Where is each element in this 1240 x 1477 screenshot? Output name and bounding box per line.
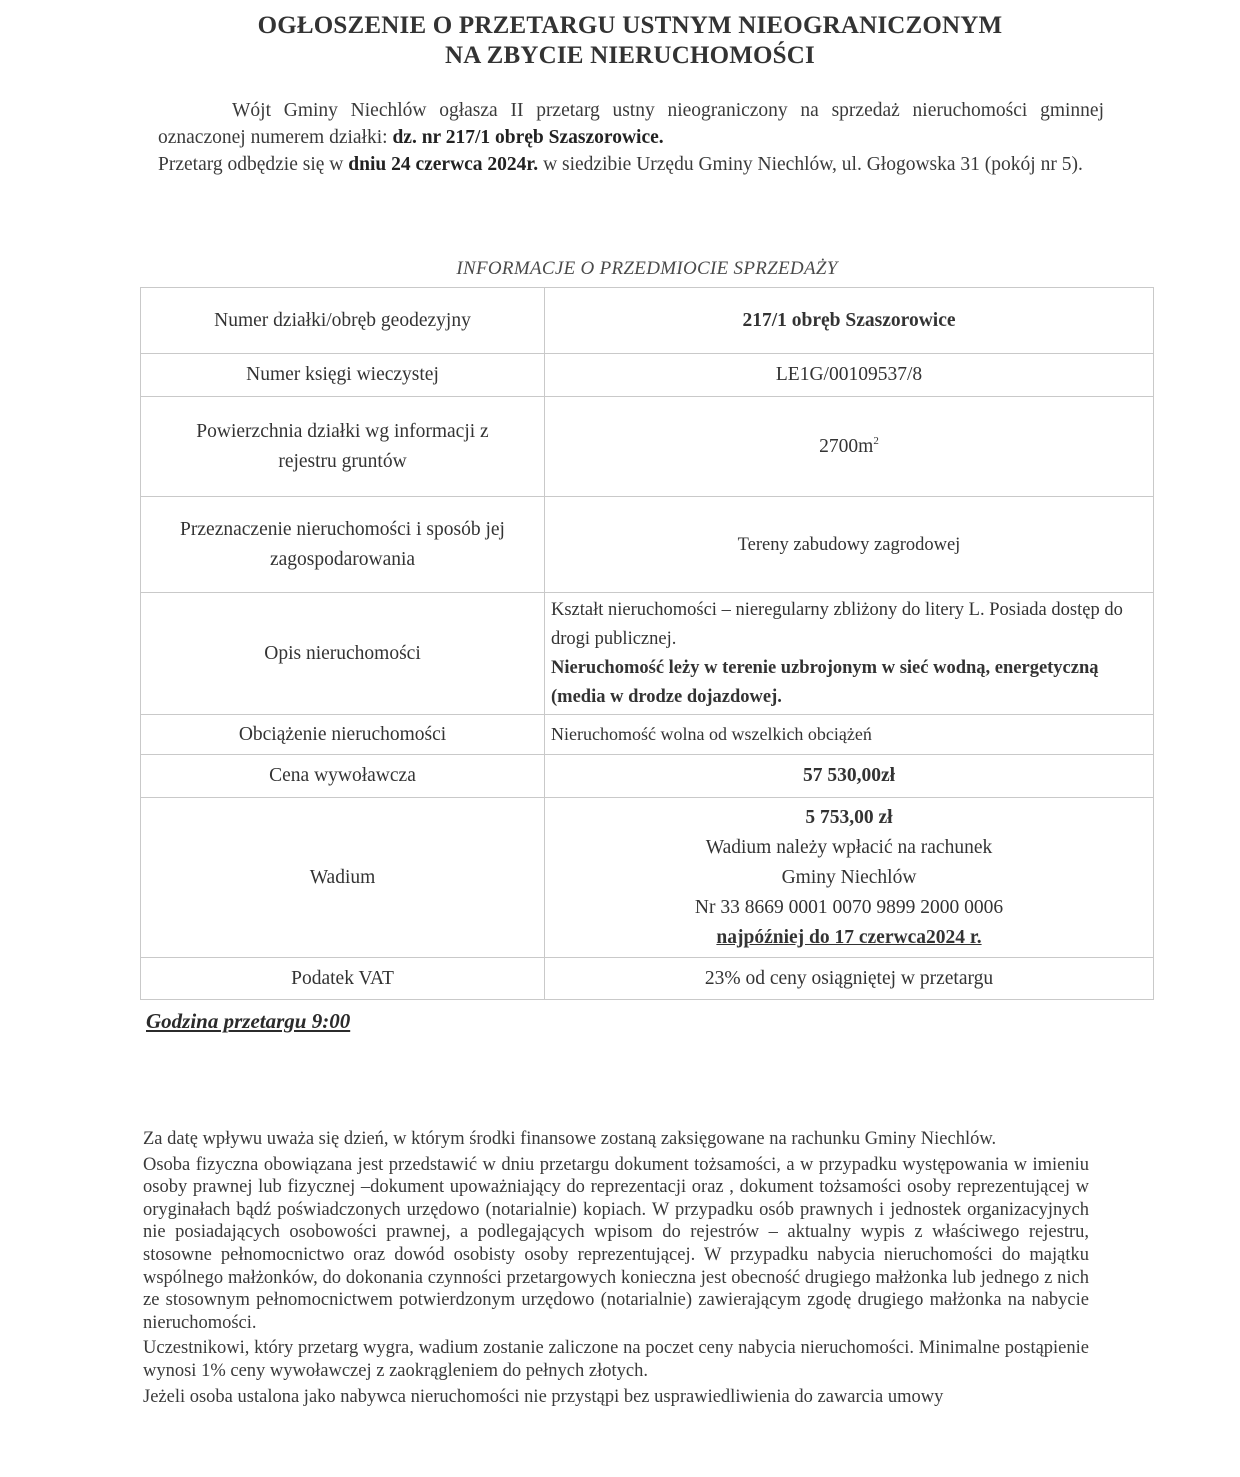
row-label: Numer księgi wieczystej: [141, 354, 545, 397]
row-value-zoning: Tereny zabudowy zagrodowej: [545, 497, 1154, 593]
table-row: Numer działki/obręb geodezyjny 217/1 obr…: [141, 288, 1154, 354]
row-value-vat: 23% od ceny osiągniętej w przetargu: [545, 958, 1154, 1000]
auction-date: dniu 24 czerwca 2024r.: [348, 154, 538, 175]
table-row: Podatek VAT 23% od ceny osiągniętej w pr…: [141, 958, 1154, 1000]
terms-paragraph: Osoba fizyczna obowiązana jest przedstaw…: [143, 1154, 1089, 1335]
intro-paragraph-1: Wójt Gminy Niechlów ogłasza II przetarg …: [158, 97, 1104, 151]
description-utilities: Nieruchomość leży w terenie uzbrojonym w…: [551, 658, 1099, 707]
table-row: Numer księgi wieczystej LE1G/00109537/8: [141, 354, 1154, 397]
terms-paragraph: Za datę wpływu uważa się dzień, w którym…: [143, 1128, 1089, 1151]
document-page: OGŁOSZENIE O PRZETARGU USTNYM NIEOGRANIC…: [0, 0, 1240, 1477]
document-title-line-1: OGŁOSZENIE O PRZETARGU USTNYM NIEOGRANIC…: [150, 11, 1110, 41]
table-row: Powierzchnia działki wg informacji z rej…: [141, 397, 1154, 497]
table-row: Opis nieruchomości Kształt nieruchomości…: [141, 593, 1154, 715]
row-label: Obciążenie nieruchomości: [141, 715, 545, 755]
row-value-deposit: 5 753,00 zł Wadium należy wpłacić na rac…: [545, 798, 1154, 958]
area-unit-exponent: 2: [873, 435, 879, 447]
auction-location: w siedzibie Urzędu Gminy Niechlów, ul. G…: [538, 154, 1083, 175]
deposit-deadline: najpóźniej do 17 czerwca2024 r.: [551, 923, 1147, 953]
area-value: 2700m: [819, 436, 873, 457]
bank-account-number: Nr 33 8669 0001 0070 9899 2000 0006: [551, 893, 1147, 923]
row-label: Opis nieruchomości: [141, 593, 545, 715]
deposit-amount: 5 753,00 zł: [551, 803, 1147, 833]
intro-section: Wójt Gminy Niechlów ogłasza II przetarg …: [158, 97, 1104, 178]
row-label: Cena wywoławcza: [141, 755, 545, 798]
parcel-number: dz. nr 217/1 obręb Szaszorowice.: [392, 127, 663, 148]
row-value-description: Kształt nieruchomości – nieregularny zbl…: [545, 593, 1154, 715]
table-row: Przeznaczenie nieruchomości i sposób jej…: [141, 497, 1154, 593]
description-text: Kształt nieruchomości – nieregularny zbl…: [551, 600, 1123, 649]
row-value-parcel: 217/1 obręb Szaszorowice: [545, 288, 1154, 354]
table-row: Obciążenie nieruchomości Nieruchomość wo…: [141, 715, 1154, 755]
auction-hour: Godzina przetargu 9:00: [146, 1009, 350, 1034]
deposit-instruction: Wadium należy wpłacić na rachunek: [551, 833, 1147, 863]
table-row: Wadium 5 753,00 zł Wadium należy wpłacić…: [141, 798, 1154, 958]
row-value-land-register: LE1G/00109537/8: [545, 354, 1154, 397]
row-value-starting-price: 57 530,00zł: [545, 755, 1154, 798]
row-label: Wadium: [141, 798, 545, 958]
terms-paragraph: Uczestnikowi, który przetarg wygra, wadi…: [143, 1337, 1089, 1382]
document-title-line-2: NA ZBYCIE NIERUCHOMOŚCI: [150, 41, 1110, 71]
row-value-encumbrance: Nieruchomość wolna od wszelkich obciążeń: [545, 715, 1154, 755]
intro-text: Przetarg odbędzie się w: [158, 154, 348, 175]
table-caption: INFORMACJE O PRZEDMIOCIE SPRZEDAŻY: [140, 258, 1154, 280]
intro-paragraph-2: Przetarg odbędzie się w dniu 24 czerwca …: [158, 151, 1104, 178]
row-label: Podatek VAT: [141, 958, 545, 1000]
table-row: Cena wywoławcza 57 530,00zł: [141, 755, 1154, 798]
deposit-recipient: Gminy Niechlów: [551, 863, 1147, 893]
row-label: Przeznaczenie nieruchomości i sposób jej…: [141, 497, 545, 593]
row-label: Powierzchnia działki wg informacji z rej…: [141, 397, 545, 497]
terms-section: Za datę wpływu uważa się dzień, w którym…: [143, 1128, 1089, 1411]
terms-paragraph: Jeżeli osoba ustalona jako nabywca nieru…: [143, 1386, 1089, 1409]
row-label: Numer działki/obręb geodezyjny: [141, 288, 545, 354]
row-value-area: 2700m2: [545, 397, 1154, 497]
property-info-table: Numer działki/obręb geodezyjny 217/1 obr…: [140, 287, 1154, 1000]
